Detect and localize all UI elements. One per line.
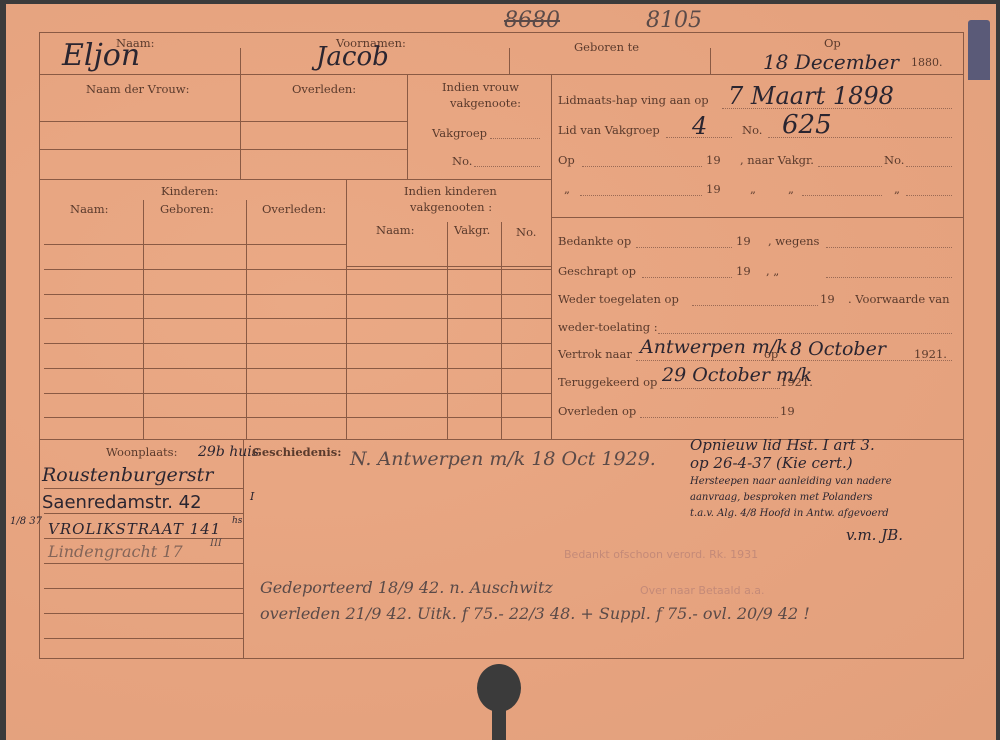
children-col-overleden: Overleden: xyxy=(262,202,326,216)
weder-toegelaten-label: Weder toegelaten op xyxy=(558,292,679,306)
stamp-over-naar: Over naar Betaald a.a. xyxy=(640,584,765,597)
frame-bottom xyxy=(39,658,964,659)
frame-left xyxy=(39,32,40,658)
wife-vakgenoote-label-1: Indien vrouw xyxy=(442,80,519,94)
children-col-naam: Naam: xyxy=(70,202,109,216)
teruggekeerd-label: Teruggekeerd op xyxy=(558,375,657,389)
lidmaatschap-value: 7 Maart 1898 xyxy=(728,82,894,110)
bedankte-label: Bedankte op xyxy=(558,234,631,248)
vertrok-op-label: op xyxy=(764,347,778,361)
gedeporteerd-line: Gedeporteerd 18/9 42. n. Auschwitz xyxy=(260,578,553,597)
children-vak-col-vakgr: Vakgr. xyxy=(454,223,490,237)
geschrapt-label: Geschrapt op xyxy=(558,264,636,278)
birth-date-value: 18 December xyxy=(763,50,899,74)
naar-vakgr-label: , naar Vakgr. xyxy=(740,153,814,167)
note-bracket-1: Opnieuw lid Hst. I art 3. xyxy=(690,436,875,454)
note-small-3: t.a.v. Alg. 4/8 Hoofd in Antw. afgevoerd xyxy=(690,508,889,519)
ditto-year: 19 xyxy=(706,182,721,196)
children-title: Kinderen: xyxy=(161,184,218,198)
ditto-2: „ xyxy=(750,182,756,196)
address-3: VROLIKSTRAAT 141 xyxy=(48,520,221,538)
address-4-suffix: III xyxy=(210,538,222,549)
children-vak-title-2: vakgenooten : xyxy=(410,200,492,214)
vakgroep-value: 4 xyxy=(692,112,707,140)
weder-year: 19 xyxy=(820,292,835,306)
wife-vakgroep-label: Vakgroep xyxy=(432,126,487,140)
member-no-value: 625 xyxy=(782,110,832,140)
voorwaarde-label: . Voorwaarde van xyxy=(848,292,950,306)
frame-right xyxy=(963,32,964,658)
card-number-struck: 8680 xyxy=(504,8,560,33)
teruggekeerd-year: 1921. xyxy=(780,375,813,389)
lidmaatschap-label: Lidmaats-hap ving aan op xyxy=(558,93,709,107)
member-no-label: No. xyxy=(742,123,762,137)
vertrok-year: 1921. xyxy=(914,347,947,361)
overleden-uitkering-line: overleden 21/9 42. Uitk. f 75.- 22/3 48.… xyxy=(260,604,810,623)
stamp-bedankt: Bedankt ofschoon verord. Rk. 1931 xyxy=(564,548,758,561)
children-vak-col-no: No. xyxy=(516,225,536,239)
punch-hole xyxy=(474,664,524,740)
geschiedenis-label: Geschiedenis: xyxy=(252,445,341,459)
ditto-4: „ xyxy=(894,182,900,196)
wife-died-label: Overleden: xyxy=(292,82,356,96)
card-number: 8105 xyxy=(646,8,702,33)
woonplaats-note: 29b huis xyxy=(198,444,259,460)
address-2: Saenredamstr. 42 xyxy=(42,492,202,513)
note-small-1: Hersteepen naar aanleiding van nadere xyxy=(690,476,892,487)
children-col-geboren: Geboren: xyxy=(160,202,214,216)
overleden-label: Overleden op xyxy=(558,404,636,418)
address-4: Lindengracht 17 xyxy=(48,542,183,561)
index-tab-marker xyxy=(968,20,990,80)
wife-vakgenoote-label-2: vakgenoote: xyxy=(450,96,521,110)
voornamen-value: Jacob xyxy=(316,42,389,72)
weder-toelating-label: weder-toelating : xyxy=(558,320,658,334)
bedankte-year: 19 xyxy=(736,234,751,248)
archive-card: 8680 8105 Naam: Eljon Voornamen: Jacob G… xyxy=(6,4,996,740)
wegens-label: , wegens xyxy=(768,234,819,248)
note-small-2: aanvraag, besproken met Polanders xyxy=(690,492,873,503)
vakgroep-label: Lid van Vakgroep xyxy=(558,123,660,137)
transfer-op-label: Op xyxy=(558,153,575,167)
children-vak-title-1: Indien kinderen xyxy=(404,184,497,198)
geboren-te-label: Geboren te xyxy=(574,40,639,54)
vertrok-date: 8 October xyxy=(790,338,886,360)
birth-year-value: 1880. xyxy=(911,56,943,69)
ditto-1: „ xyxy=(564,182,570,196)
address-1: Roustenburgerstr xyxy=(42,464,213,486)
transfer-year-prefix: 19 xyxy=(706,153,721,167)
address-2-suffix: I xyxy=(250,490,254,503)
frame-top xyxy=(39,32,964,33)
transfer-no-label: No. xyxy=(884,153,904,167)
address-3-suffix: hs xyxy=(232,516,242,526)
vertrok-label: Vertrok naar xyxy=(558,347,632,361)
note-bracket-2: op 26-4-37 (Kie cert.) xyxy=(690,454,853,472)
geschrapt-ditto: , „ xyxy=(766,264,779,278)
woonplaats-label: Woonplaats: xyxy=(106,445,177,459)
children-vak-col-naam: Naam: xyxy=(376,223,415,237)
address-3-margin-note: 1/8 37 xyxy=(10,516,42,527)
wife-name-label: Naam der Vrouw: xyxy=(86,82,190,96)
op-label: Op xyxy=(824,36,841,50)
overleden-year: 19 xyxy=(780,404,795,418)
geschrapt-year: 19 xyxy=(736,264,751,278)
note-signature: v.m. JB. xyxy=(846,526,903,544)
geschiedenis-line1: N. Antwerpen m/k 18 Oct 1929. xyxy=(350,448,656,470)
naam-value: Eljon xyxy=(62,38,140,73)
wife-no-label: No. xyxy=(452,154,472,168)
ditto-3: „ xyxy=(788,182,794,196)
